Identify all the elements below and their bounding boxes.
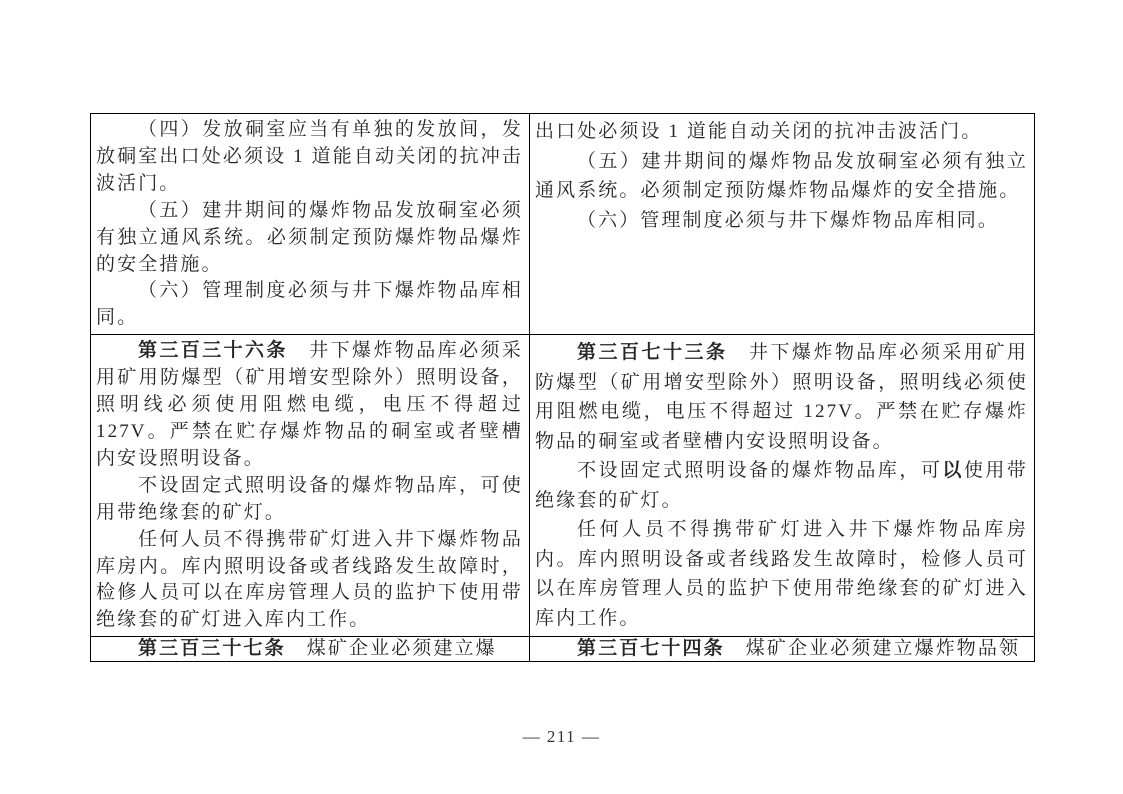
table-cell-left: （四）发放硐室应当有单独的发放间，发放硐室出口处必须设 1 道能自动关闭的抗冲击… (91, 114, 530, 335)
table-cell-right: 第三百七十四条 煤矿企业必须建立爆炸物品领 (530, 637, 1035, 662)
document-page: （四）发放硐室应当有单独的发放间，发放硐室出口处必须设 1 道能自动关闭的抗冲击… (0, 0, 1123, 794)
paragraph: （六）管理制度必须与井下爆炸物品库相同。 (96, 278, 523, 332)
body-text: 任何人员不得携带矿灯进入井下爆炸物品库房内。库内照明设备或者线路发生故障时，检修… (535, 519, 1028, 629)
body-text: （五）建井期间的爆炸物品发放硐室必须有独立通风系统。必须制定预防爆炸物品爆炸的安… (535, 151, 1028, 202)
paragraph: 任何人员不得携带矿灯进入井下爆炸物品库房内。库内照明设备或者线路发生故障时，检修… (96, 527, 523, 635)
paragraph: （六）管理制度必须与井下爆炸物品库相同。 (535, 206, 1028, 236)
body-text: 煤矿企业必须建立爆炸物品领 (725, 638, 1020, 659)
body-text: （六）管理制度必须与井下爆炸物品库相同。 (96, 280, 523, 328)
paragraph: 任何人员不得携带矿灯进入井下爆炸物品库房内。库内照明设备或者线路发生故障时，检修… (535, 515, 1028, 633)
page-number: — 211 — (0, 727, 1123, 747)
table-row: 第三百三十六条 井下爆炸物品库必须采用矿用防爆型（矿用增安型除外）照明设备，照明… (91, 335, 1035, 637)
table-cell-right: 出口处必须设 1 道能自动关闭的抗冲击波活门。（五）建井期间的爆炸物品发放硐室必… (530, 114, 1035, 335)
body-text: （五）建井期间的爆炸物品发放硐室必须有独立通风系统。必须制定预防爆炸物品爆炸的安… (96, 200, 523, 275)
paragraph: 第三百七十四条 煤矿企业必须建立爆炸物品领 (535, 638, 1028, 659)
article-heading-text: 第三百三十七条 (138, 638, 286, 659)
paragraph: 出口处必须设 1 道能自动关闭的抗冲击波活门。 (535, 117, 1028, 147)
article-heading-text: 第三百七十四条 (577, 638, 725, 659)
body-text: 煤矿企业必须建立爆 (286, 638, 497, 659)
body-text: （四）发放硐室应当有单独的发放间，发放硐室出口处必须设 1 道能自动关闭的抗冲击… (96, 119, 523, 194)
paragraph: （四）发放硐室应当有单独的发放间，发放硐室出口处必须设 1 道能自动关闭的抗冲击… (96, 117, 523, 198)
table-body: （四）发放硐室应当有单独的发放间，发放硐室出口处必须设 1 道能自动关闭的抗冲击… (91, 114, 1035, 662)
table-row: （四）发放硐室应当有单独的发放间，发放硐室出口处必须设 1 道能自动关闭的抗冲击… (91, 114, 1035, 335)
paragraph: 不设固定式照明设备的爆炸物品库，可以使用带绝缘套的矿灯。 (535, 456, 1028, 515)
table-cell-left: 第三百三十七条 煤矿企业必须建立爆 (91, 637, 530, 662)
paragraph: 第三百七十三条 井下爆炸物品库必须采用矿用防爆型（矿用增安型除外）照明设备，照明… (535, 338, 1028, 456)
paragraph: （五）建井期间的爆炸物品发放硐室必须有独立通风系统。必须制定预防爆炸物品爆炸的安… (96, 198, 523, 279)
table-cell-left: 第三百三十六条 井下爆炸物品库必须采用矿用防爆型（矿用增安型除外）照明设备，照明… (91, 335, 530, 637)
paragraph: 第三百三十六条 井下爆炸物品库必须采用矿用防爆型（矿用增安型除外）照明设备，照明… (96, 338, 523, 473)
body-text: 出口处必须设 1 道能自动关闭的抗冲击波活门。 (535, 121, 982, 142)
body-text: 任何人员不得携带矿灯进入井下爆炸物品库房内。库内照明设备或者线路发生故障时，检修… (96, 529, 523, 631)
table-row: 第三百三十七条 煤矿企业必须建立爆第三百七十四条 煤矿企业必须建立爆炸物品领 (91, 637, 1035, 662)
article-heading-text: 第三百七十三条 (577, 342, 727, 363)
article-heading-text: 以 (942, 460, 964, 481)
body-text: 不设固定式照明设备的爆炸物品库，可使用带绝缘套的矿灯。 (96, 475, 523, 523)
body-text: （六）管理制度必须与井下爆炸物品库相同。 (577, 210, 999, 231)
body-text: 不设固定式照明设备的爆炸物品库，可 (577, 460, 942, 481)
table-cell-right: 第三百七十三条 井下爆炸物品库必须采用矿用防爆型（矿用增安型除外）照明设备，照明… (530, 335, 1035, 637)
paragraph: 不设固定式照明设备的爆炸物品库，可使用带绝缘套的矿灯。 (96, 473, 523, 527)
article-heading-text: 第三百三十六条 (138, 340, 288, 361)
paragraph: （五）建井期间的爆炸物品发放硐室必须有独立通风系统。必须制定预防爆炸物品爆炸的安… (535, 147, 1028, 206)
comparison-table: （四）发放硐室应当有单独的发放间，发放硐室出口处必须设 1 道能自动关闭的抗冲击… (90, 113, 1035, 662)
paragraph: 第三百三十七条 煤矿企业必须建立爆 (96, 638, 523, 659)
